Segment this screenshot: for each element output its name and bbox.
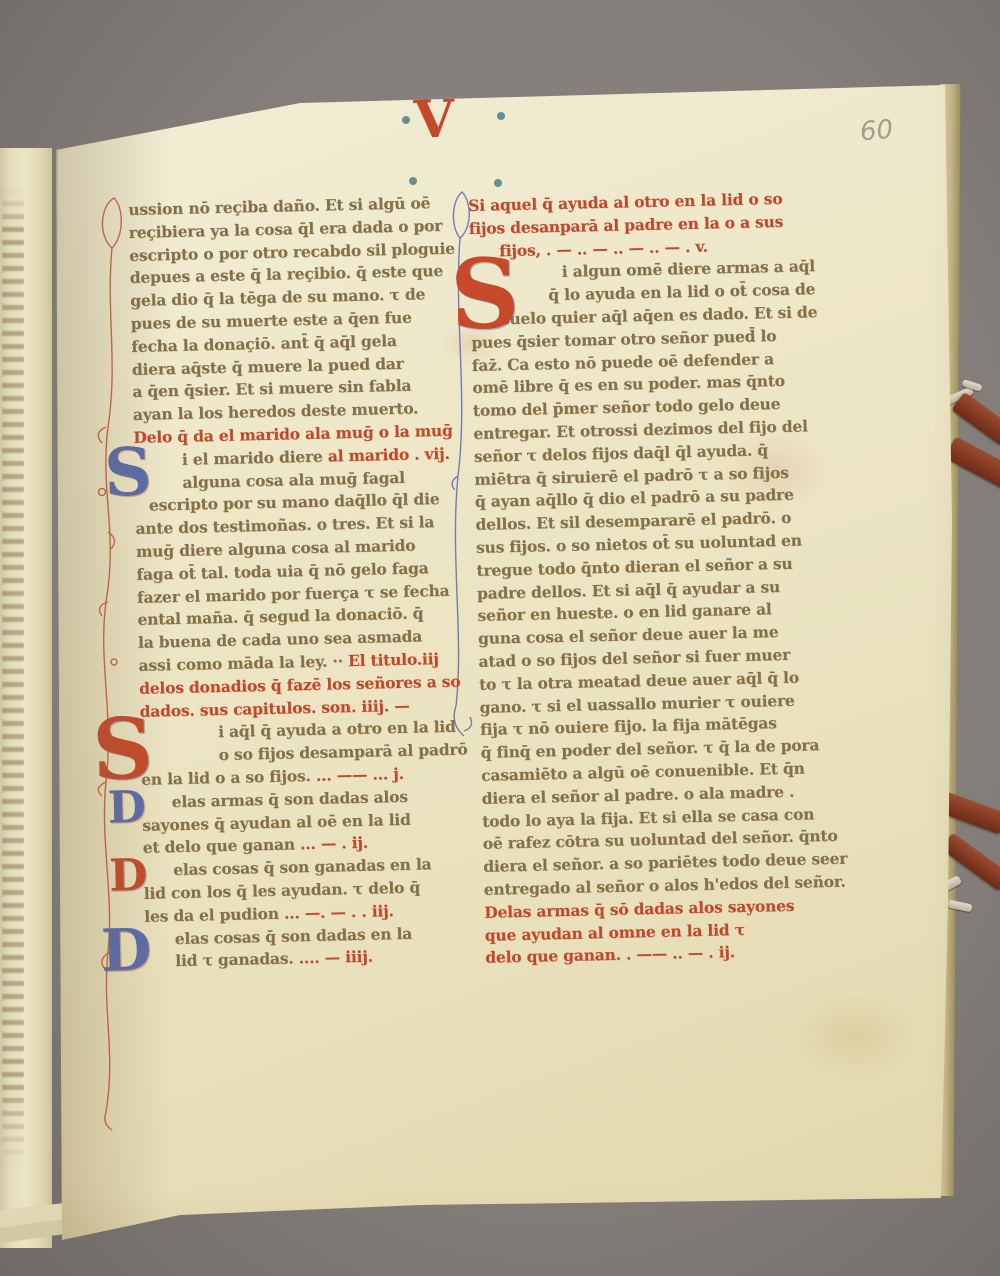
previous-page-edge: [0, 148, 52, 1248]
decorative-dot: [409, 177, 417, 185]
rubric-text: fijos, . — .. — .. — .. — . v.: [499, 236, 708, 260]
illuminated-initial: D: [107, 791, 146, 826]
folio-number: 60: [859, 115, 895, 148]
illuminated-initial: S: [449, 257, 520, 333]
manuscript-photo: V 60: [0, 0, 1000, 1276]
rubric-text: ... —— ... j.: [316, 764, 404, 785]
rubric-text: El titulo.iij: [348, 649, 439, 670]
body-text: i el marido diere: [182, 446, 328, 468]
parchment-page: V 60: [0, 0, 1000, 1276]
body-text: alguna cosa ala muḡ fagal: [182, 467, 405, 491]
decorative-dot: [402, 116, 410, 124]
quire-mark: V: [413, 93, 455, 146]
body-text: les da el pudion: [144, 903, 284, 925]
rubric-text: ... —. — . . iij.: [284, 901, 394, 922]
body-text: elas cosas q̄ son dadas en la: [175, 923, 413, 947]
body-text: i aq̄l q̄ ayuda a otro en la lid: [218, 717, 456, 741]
rubric-text: al marido . vij.: [328, 444, 450, 466]
illuminated-initial: S: [92, 716, 154, 783]
body-text: en la lid o a so fijos.: [141, 766, 316, 789]
illuminated-initial: D: [101, 927, 152, 973]
rubric-text: .... — iiij.: [298, 947, 373, 968]
illuminated-initial: D: [109, 859, 148, 894]
illuminated-initial: S: [104, 446, 153, 499]
body-text: lid τ ganadas.: [175, 949, 299, 971]
rubric-text: ... — . ij.: [300, 833, 368, 854]
stain: [790, 990, 920, 1080]
trimmed-inscription: [430, 83, 502, 95]
text-column-left: ussion nō reçiba daño. Et si algū oēreçi…: [128, 192, 481, 975]
body-text: assi como māda la ley. ··: [138, 651, 348, 675]
body-text: elas armas q̄ son dadas alos: [171, 787, 408, 811]
body-text: ussion nō reçiba daño. Et si algū oē: [128, 193, 430, 219]
bleedthrough-text-fragments: [2, 188, 24, 1168]
rubric-text: Si aquel q̄ ayuda al otro en la lid o so: [468, 189, 783, 215]
body-text: et delo que ganan: [142, 835, 300, 858]
text-column-right: Si aquel q̄ ayuda al otro en la lid o so…: [468, 188, 859, 971]
decorative-dot: [497, 112, 505, 120]
decorative-dot: [494, 179, 502, 187]
